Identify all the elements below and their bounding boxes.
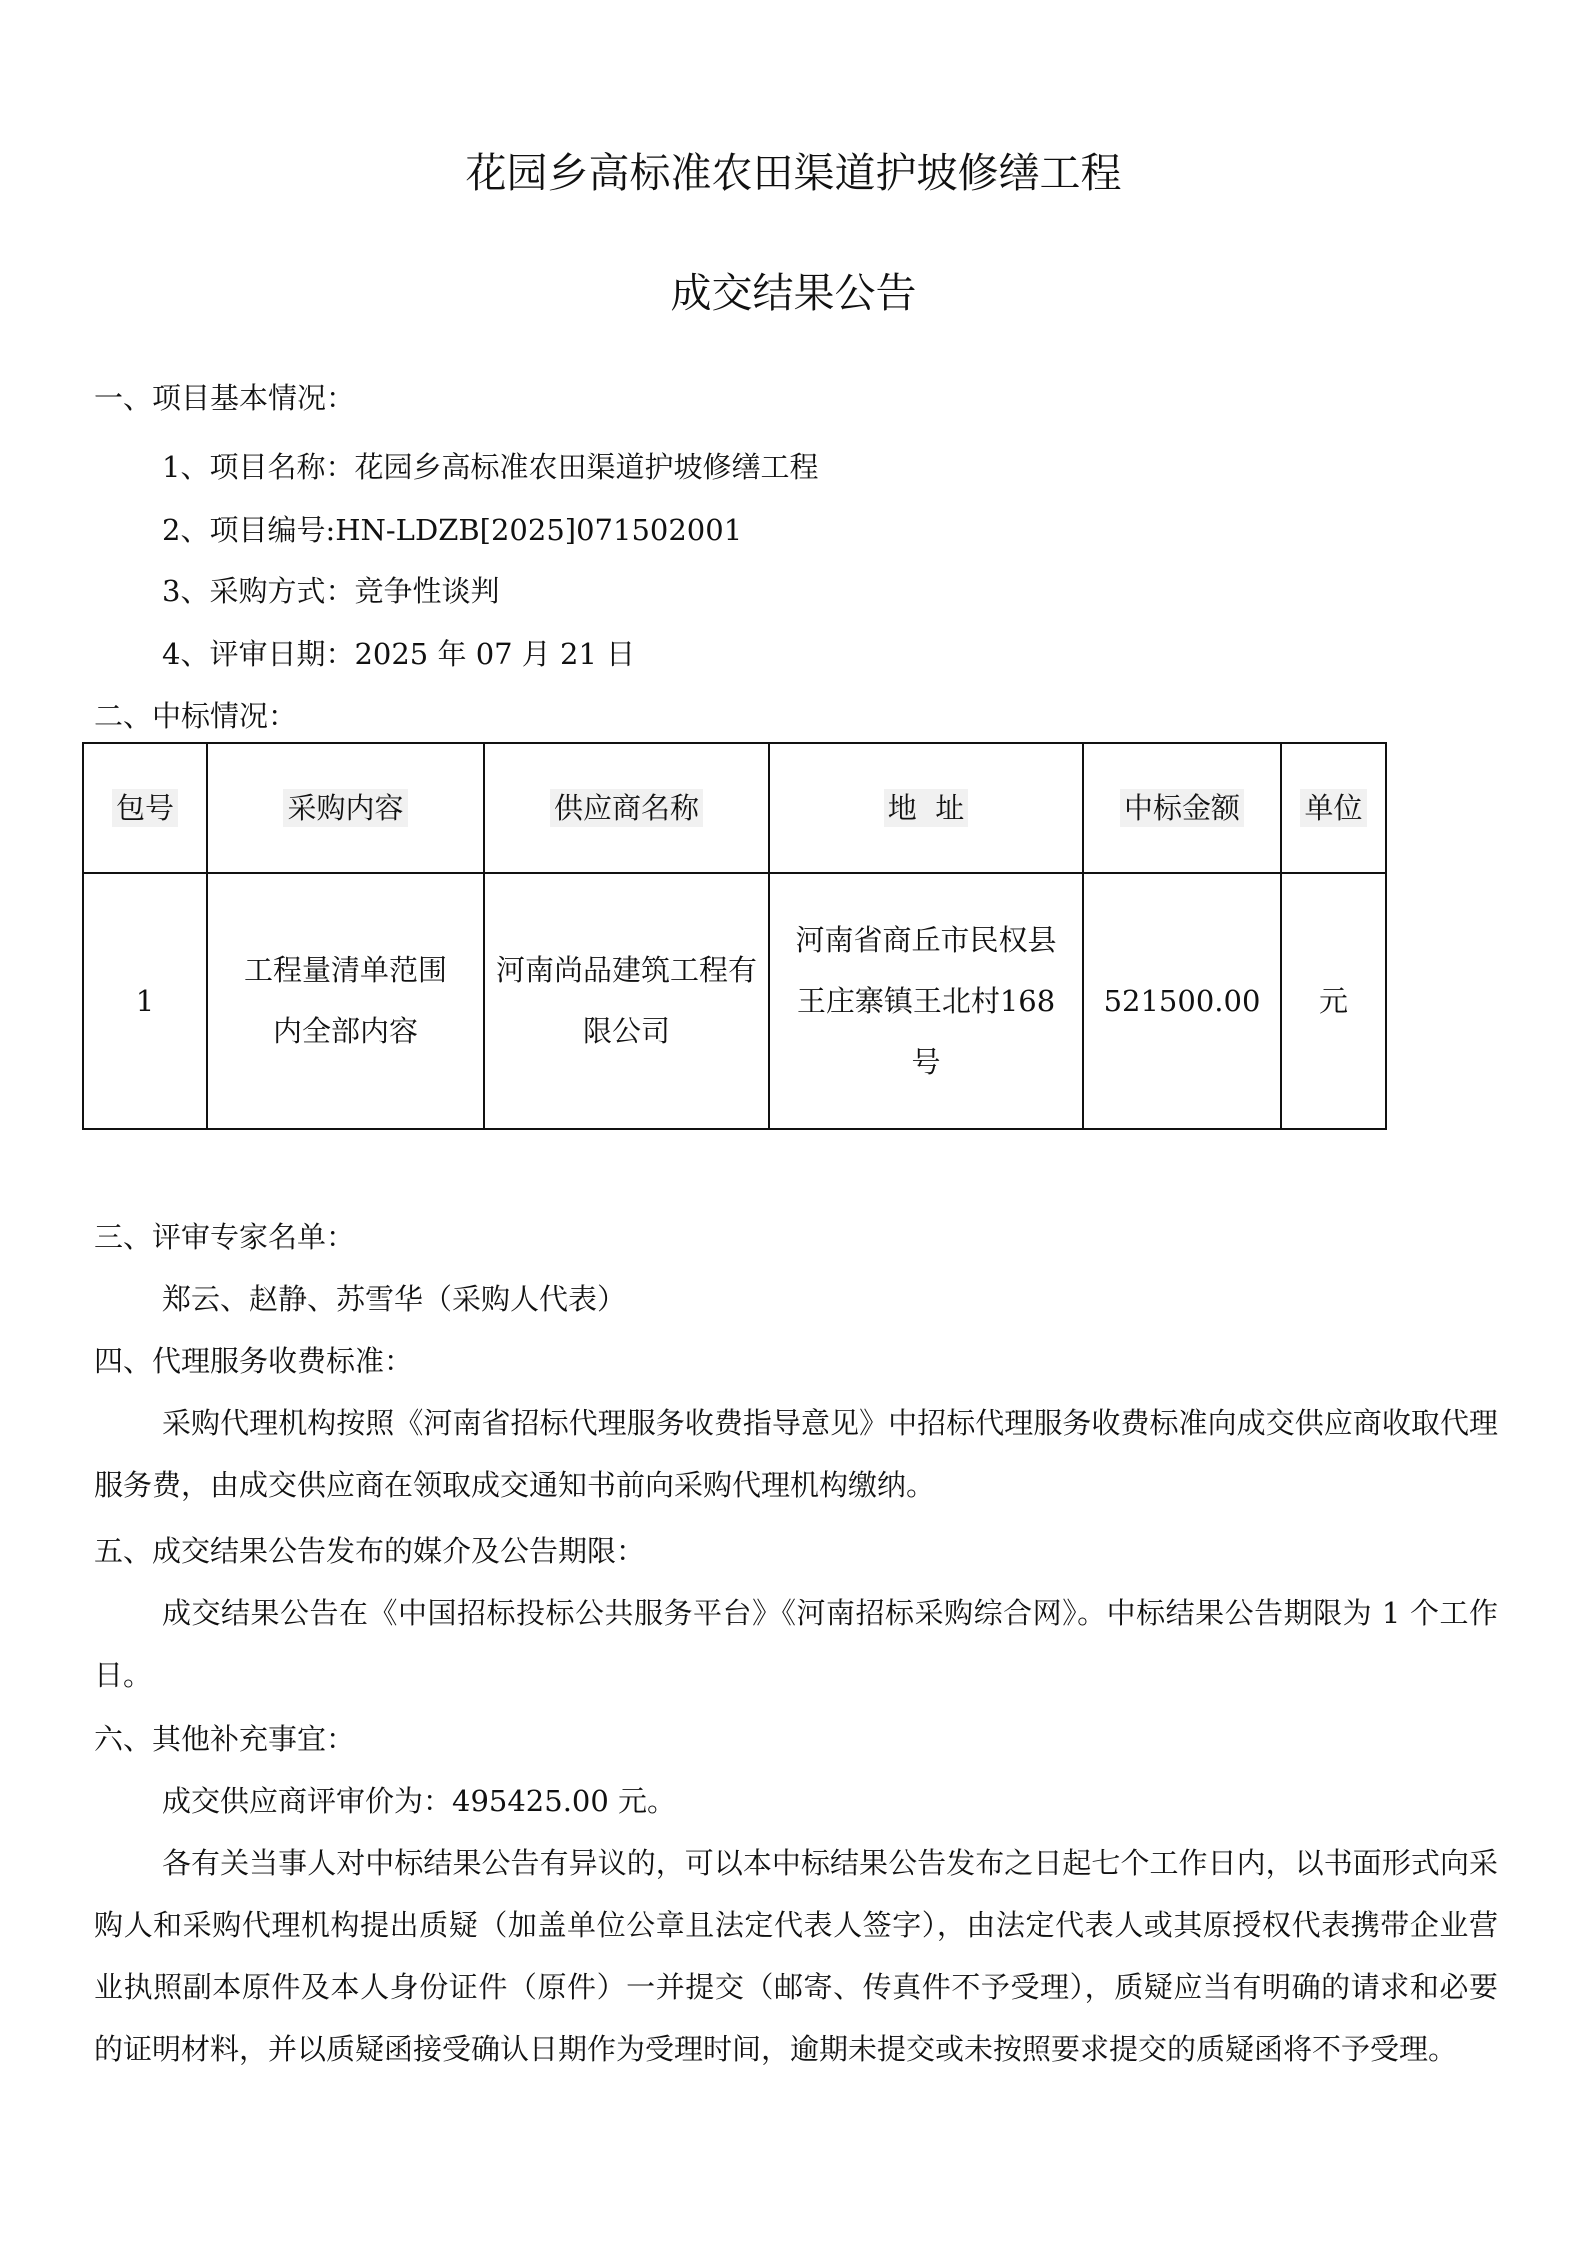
col-header-amount: 中标金额 xyxy=(1083,743,1281,873)
section-heading-media: 五、成交结果公告发布的媒介及公告期限： xyxy=(94,1531,645,1571)
section-heading-experts: 三、评审专家名单： xyxy=(94,1217,355,1257)
col-header-supplier: 供应商名称 xyxy=(484,743,769,873)
section-heading-basic-info: 一、项目基本情况： xyxy=(94,378,355,418)
review-date: 4、评审日期：2025 年 07 月 21 日 xyxy=(162,634,635,674)
procurement-method: 3、采购方式：竞争性谈判 xyxy=(162,571,499,611)
col-header-package-no: 包号 xyxy=(83,743,207,873)
cell-content: 工程量清单范围内全部内容 xyxy=(207,873,484,1129)
col-header-unit: 单位 xyxy=(1281,743,1386,873)
section-heading-award: 二、中标情况： xyxy=(94,696,297,736)
document-title: 花园乡高标准农田渠道护坡修缮工程 xyxy=(0,148,1587,198)
col-header-content: 采购内容 xyxy=(207,743,484,873)
project-number: 2、项目编号:HN-LDZB[2025]071502001 xyxy=(162,510,742,550)
col-header-address: 地 址 xyxy=(769,743,1083,873)
media-paragraph: 成交结果公告在《中国招标投标公共服务平台》《河南招标采购综合网》。中标结果公告期… xyxy=(94,1582,1498,1706)
section-heading-fees: 四、代理服务收费标准： xyxy=(94,1341,413,1381)
table-row: 1 工程量清单范围内全部内容 河南尚品建筑工程有限公司 河南省商丘市民权县王庄寨… xyxy=(83,873,1386,1129)
objection-paragraph: 各有关当事人对中标结果公告有异议的，可以本中标结果公告发布之日起七个工作日内，以… xyxy=(94,1832,1498,2080)
cell-package-no: 1 xyxy=(83,873,207,1129)
project-name: 1、项目名称：花园乡高标准农田渠道护坡修缮工程 xyxy=(162,447,818,487)
table-header-row: 包号 采购内容 供应商名称 地 址 中标金额 单位 xyxy=(83,743,1386,873)
cell-amount: 521500.00 xyxy=(1083,873,1281,1129)
expert-list: 郑云、赵静、苏雪华（采购人代表） xyxy=(162,1279,626,1319)
document-subtitle: 成交结果公告 xyxy=(0,268,1587,318)
fee-paragraph: 采购代理机构按照《河南省招标代理服务收费指导意见》中招标代理服务收费标准向成交供… xyxy=(94,1392,1498,1516)
section-heading-other: 六、其他补充事宜： xyxy=(94,1719,355,1759)
cell-unit: 元 xyxy=(1281,873,1386,1129)
cell-supplier: 河南尚品建筑工程有限公司 xyxy=(484,873,769,1129)
review-price-note: 成交供应商评审价为：495425.00 元。 xyxy=(162,1781,676,1821)
award-table: 包号 采购内容 供应商名称 地 址 中标金额 单位 1 工程量清单范围内全部内容… xyxy=(82,742,1387,1130)
cell-address: 河南省商丘市民权县王庄寨镇王北村168 号 xyxy=(769,873,1083,1129)
